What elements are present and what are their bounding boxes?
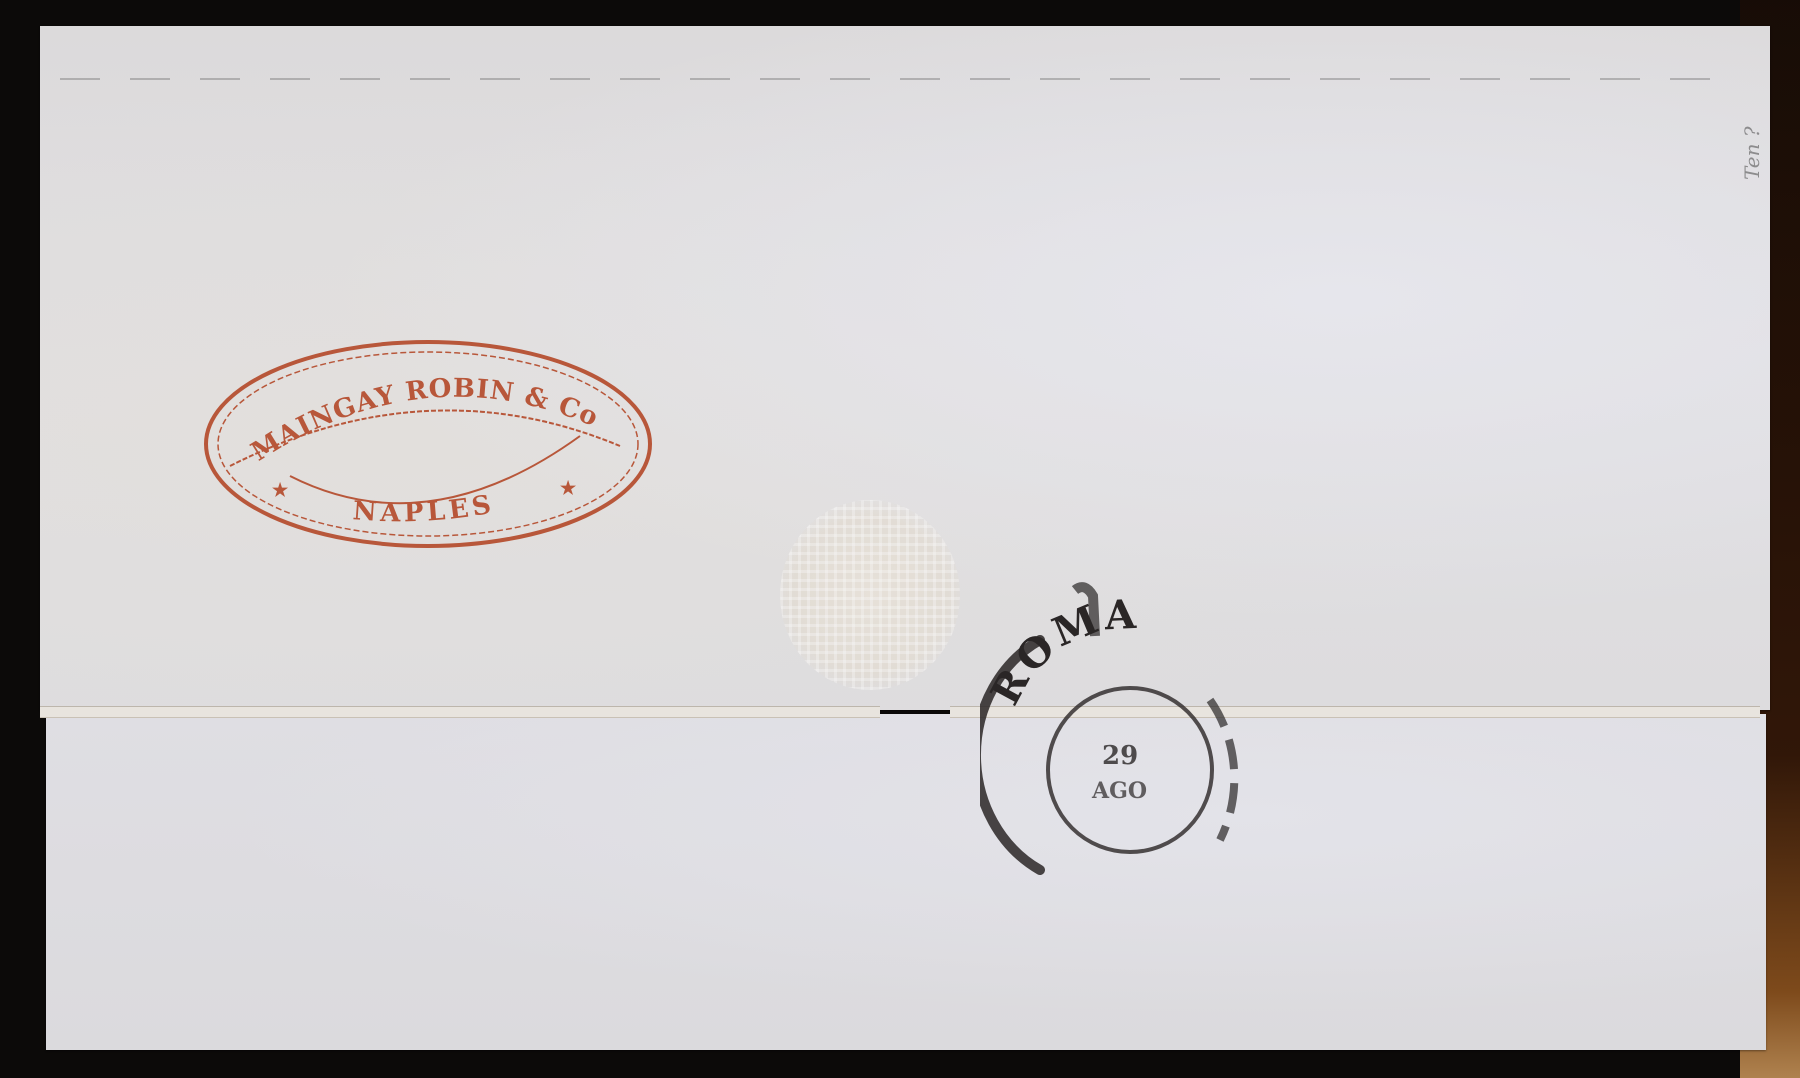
flap-edge-left [40, 706, 880, 718]
svg-text:NAPLES: NAPLES [352, 489, 497, 528]
postmark-month: AGO [1091, 778, 1147, 804]
svg-text:ROMA: ROMA [982, 591, 1141, 713]
marginal-note: Ten ? [1740, 80, 1770, 180]
maingay-robin-cachet: MAINGAY ROBIN & Co NAPLES ★ ★ [200, 336, 656, 552]
star-ornament-icon: ★ [272, 480, 289, 501]
cachet-bottom-text: NAPLES [352, 489, 497, 528]
embossed-wafer-seal [780, 500, 960, 690]
svg-text:MAINGAY ROBIN & Co: MAINGAY ROBIN & Co [246, 374, 603, 468]
star-ornament-icon: ★ [560, 478, 577, 499]
fold-line [60, 78, 1720, 80]
postmark-city: ROMA [982, 591, 1141, 713]
roma-circular-postmark: ROMA 29 AGO [980, 580, 1280, 900]
postmark-day: 29 [1102, 741, 1138, 771]
letter-sheet-bottom-panel [46, 714, 1766, 1050]
cachet-top-text: MAINGAY ROBIN & Co [246, 374, 603, 468]
